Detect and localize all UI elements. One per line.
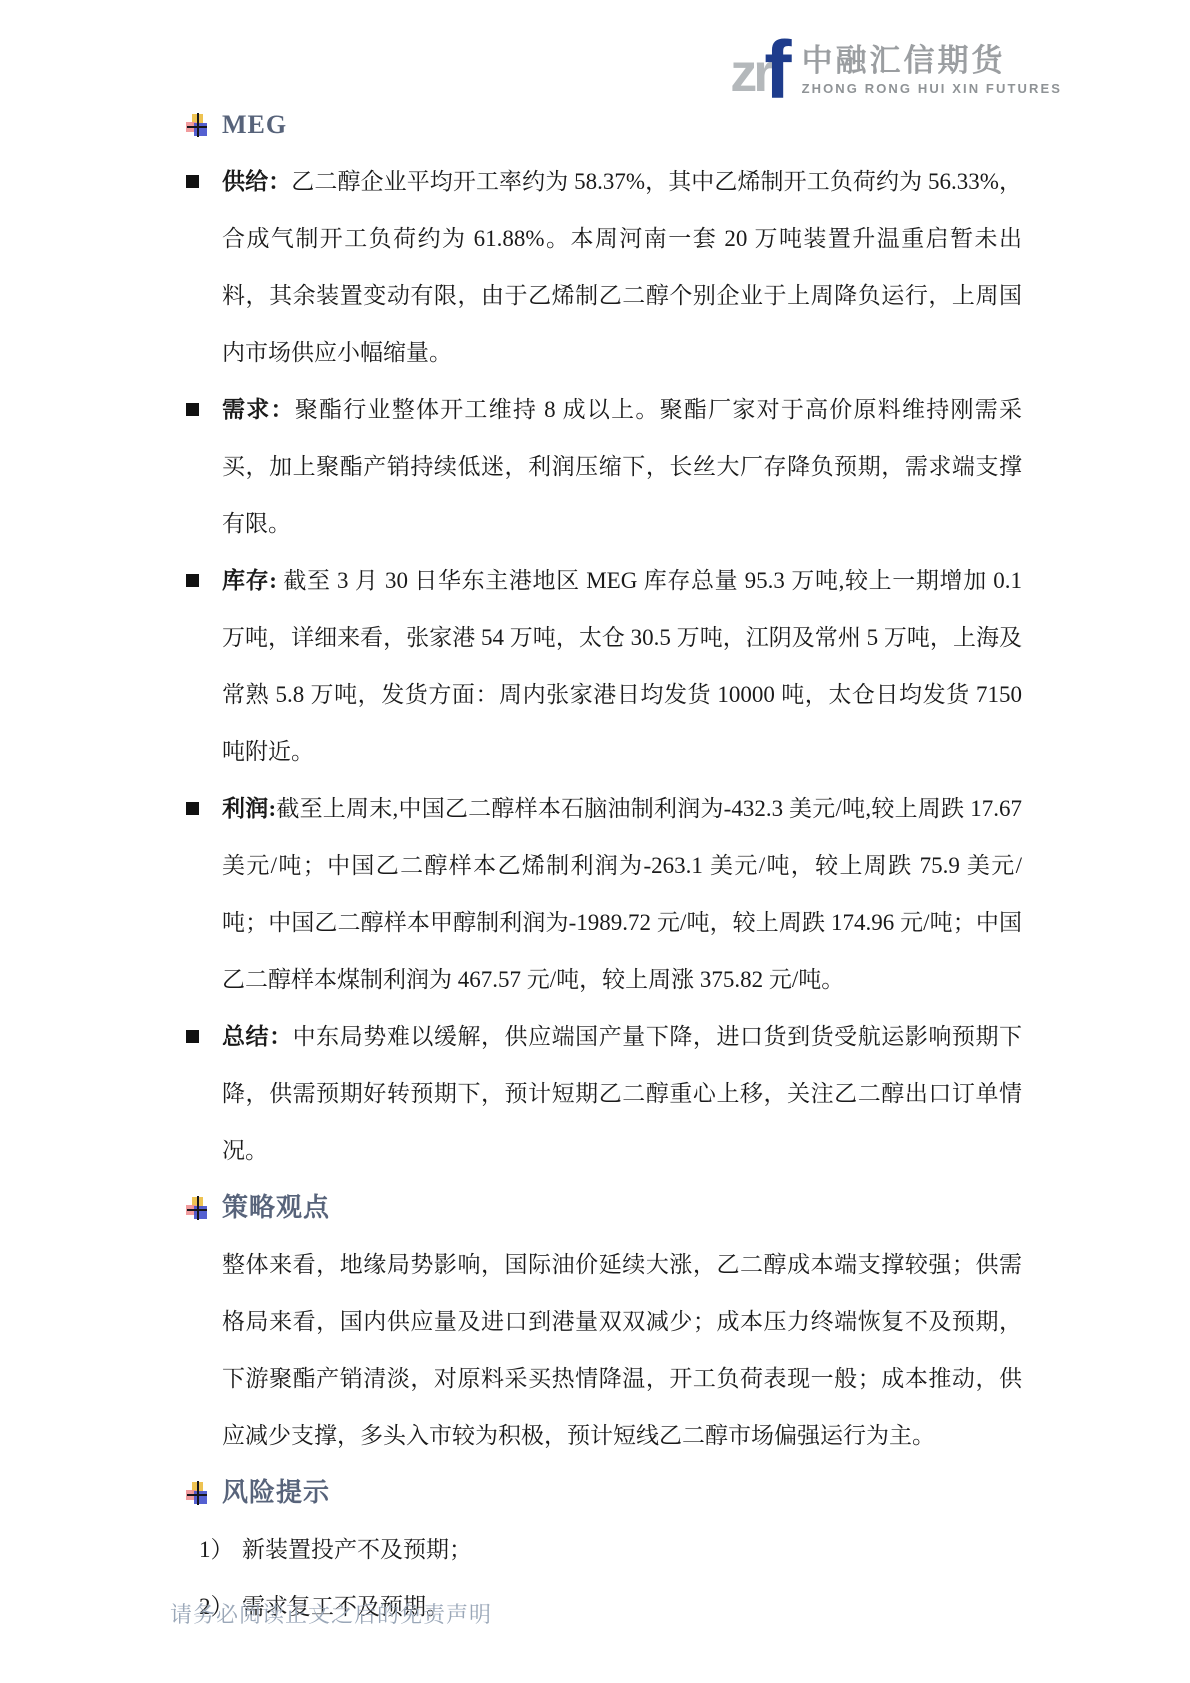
report-page: zr f 中融汇信期货 ZHONG RONG HUI XIN FUTURES M… bbox=[0, 0, 1190, 1683]
bullet-label-supply: 供给： bbox=[222, 169, 291, 194]
bullet-text-summary: 中东局势难以缓解，供应端国产量下降，进口货到货受航运影响预期下降，供需预期好转预… bbox=[222, 1024, 1022, 1163]
logo-zrf-mark: zr f bbox=[730, 20, 791, 102]
footer-disclaimer: 请务必阅读正文之后的免责声明 bbox=[170, 1598, 492, 1629]
bullet-inventory: 库存: 截至 3 月 30 日华东主港地区 MEG 库存总量 95.3 万吨,较… bbox=[186, 552, 1022, 780]
risk-item-1: 1）新装置投产不及预期； bbox=[186, 1521, 1022, 1578]
bullet-text-demand: 聚酯行业整体开工维持 8 成以上。聚酯厂家对于高价原料维持刚需采买，加上聚酯产销… bbox=[222, 397, 1022, 536]
colored-plus-bullet-icon bbox=[186, 1196, 208, 1220]
bullet-text-inventory: 截至 3 月 30 日华东主港地区 MEG 库存总量 95.3 万吨,较上一期增… bbox=[222, 568, 1022, 764]
bullet-label-demand: 需求： bbox=[222, 397, 295, 422]
bullet-summary: 总结：中东局势难以缓解，供应端国产量下降，进口货到货受航运影响预期下降，供需预期… bbox=[186, 1008, 1022, 1179]
bullet-demand: 需求：聚酯行业整体开工维持 8 成以上。聚酯厂家对于高价原料维持刚需采买，加上聚… bbox=[186, 381, 1022, 552]
section-heading-strategy: 策略观点 bbox=[186, 1179, 1022, 1236]
bullet-label-inventory: 库存: bbox=[222, 568, 283, 593]
square-bullet-icon bbox=[186, 1030, 199, 1043]
logo-names: 中融汇信期货 ZHONG RONG HUI XIN FUTURES bbox=[802, 44, 1062, 102]
section-title-meg: MEG bbox=[222, 110, 287, 139]
section-heading-meg: MEG bbox=[186, 96, 1022, 153]
section-title-risk: 风险提示 bbox=[222, 1478, 330, 1507]
report-body: MEG 供给：乙二醇企业平均开工率约为 58.37%，其中乙烯制开工负荷约为 5… bbox=[186, 96, 1022, 1635]
section-title-strategy: 策略观点 bbox=[222, 1193, 330, 1222]
bullet-supply: 供给：乙二醇企业平均开工率约为 58.37%，其中乙烯制开工负荷约为 56.33… bbox=[186, 153, 1022, 381]
logo-name-cn: 中融汇信期货 bbox=[802, 44, 1062, 78]
logo-name-en: ZHONG RONG HUI XIN FUTURES bbox=[802, 81, 1062, 96]
bullet-text-supply: 乙二醇企业平均开工率约为 58.37%，其中乙烯制开工负荷约为 56.33%，合… bbox=[222, 169, 1022, 365]
square-bullet-icon bbox=[186, 403, 199, 416]
square-bullet-icon bbox=[186, 175, 199, 188]
bullet-label-profit: 利润: bbox=[222, 796, 276, 821]
section-heading-risk: 风险提示 bbox=[186, 1464, 1022, 1521]
colored-plus-bullet-icon bbox=[186, 1481, 208, 1505]
bullet-text-profit: 截至上周末,中国乙二醇样本石脑油制利润为-432.3 美元/吨,较上周跌 17.… bbox=[222, 796, 1022, 992]
strategy-paragraph: 整体来看，地缘局势影响，国际油价延续大涨，乙二醇成本端支撑较强；供需格局来看，国… bbox=[186, 1236, 1022, 1464]
bullet-label-summary: 总结： bbox=[222, 1024, 293, 1049]
colored-plus-bullet-icon bbox=[186, 113, 208, 137]
risk-item-1-text: 新装置投产不及预期； bbox=[242, 1537, 472, 1562]
square-bullet-icon bbox=[186, 802, 199, 815]
risk-item-1-number: 1） bbox=[199, 1521, 242, 1578]
square-bullet-icon bbox=[186, 574, 199, 587]
bullet-profit: 利润:截至上周末,中国乙二醇样本石脑油制利润为-432.3 美元/吨,较上周跌 … bbox=[186, 780, 1022, 1008]
company-logo: zr f 中融汇信期货 ZHONG RONG HUI XIN FUTURES bbox=[730, 20, 1062, 102]
